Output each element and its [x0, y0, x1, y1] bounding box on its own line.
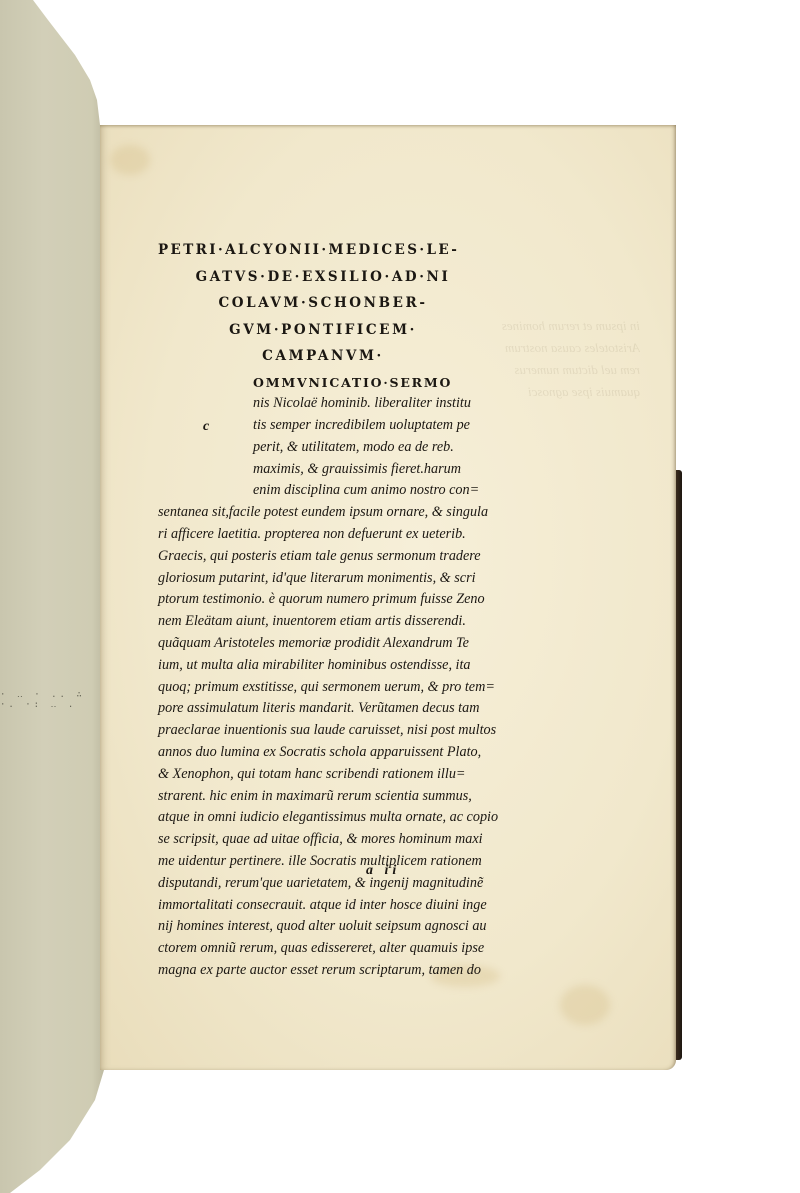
foxing-stain	[110, 145, 150, 175]
text-line: & Xenophon, qui totam hanc scribendi rat…	[158, 764, 488, 786]
body-text: c OMMVNICATIO·SERMO nis Nicolaë hominib.…	[158, 372, 488, 982]
book-photograph: · ‥ · .. ∴ ·. ·: ‥ . in ipsum et rerum h…	[0, 0, 800, 1193]
text-line: quãquam Aristoteles memoriæ prodidit Ale…	[158, 633, 488, 655]
text-line: sentanea sit,facile potest eundem ipsum …	[158, 502, 488, 524]
text-line: magna ex parte auctor esset rerum script…	[158, 960, 488, 982]
text-line: perit, & utilitatem, modo ea de reb.	[158, 437, 488, 459]
text-line: nem Eleätam aiunt, inuentorem etiam arti…	[158, 611, 488, 633]
text-line: Graecis, qui posteris etiam tale genus s…	[158, 546, 488, 568]
text-line: pore assimulatum literis mandarit. Verũt…	[158, 698, 488, 720]
text-line: enim disciplina cum animo nostro con=	[158, 480, 488, 502]
text-line: annos duo lumina ex Socratis schola appa…	[158, 742, 488, 764]
text-line: maximis, & grauissimis fieret.harum	[158, 459, 488, 481]
text-line: nis Nicolaë hominib. liberaliter institu	[158, 393, 488, 415]
text-line: atque in omni iudicio elegantissimus mul…	[158, 807, 488, 829]
title-line: COLAVM·SCHONBER-	[158, 290, 488, 317]
left-facing-page	[0, 0, 108, 1193]
foxing-stain	[560, 985, 610, 1025]
left-page-bleed-through-marks: · ‥ · .. ∴ ·. ·: ‥ .	[0, 690, 100, 720]
book-cover-edge	[676, 470, 682, 1060]
title-line: GATVS·DE·EXSILIO·AD·NI	[158, 264, 488, 291]
text-line: strarent. hic enim in maximarũ rerum sci…	[158, 786, 488, 808]
guide-letter: c	[203, 416, 209, 438]
text-line: ium, ut multa alia mirabiliter hominibus…	[158, 655, 488, 677]
text-line: nij homines interest, quod alter uoluit …	[158, 916, 488, 938]
right-page: in ipsum et rerum homines Aristoteles ca…	[100, 125, 676, 1070]
printed-text-block: PETRI·ALCYONII·MEDICES·LE- GATVS·DE·EXSI…	[158, 237, 488, 982]
text-line: ptorum testimonio. è quorum numero primu…	[158, 589, 488, 611]
opening-line: OMMVNICATIO·SERMO	[158, 372, 488, 394]
text-line: ri afficere laetitia. propterea non defu…	[158, 524, 488, 546]
title-line: GVM·PONTIFICEM·	[158, 317, 488, 344]
title-line: PETRI·ALCYONII·MEDICES·LE-	[158, 237, 488, 264]
text-line: se scripsit, quae ad uitae officia, & mo…	[158, 829, 488, 851]
text-line: ctorem omniũ rerum, quas edissereret, al…	[158, 938, 488, 960]
text-line: quoq; primum exstitisse, qui sermonem ue…	[158, 677, 488, 699]
signature-mark: a ii	[366, 863, 400, 879]
text-line: praeclarae inuentionis sua laude caruiss…	[158, 720, 488, 742]
title-line: CAMPANVM·	[158, 343, 488, 370]
text-line: immortalitati consecrauit. atque id inte…	[158, 895, 488, 917]
text-line: gloriosum putarint, id'que literarum mon…	[158, 568, 488, 590]
text-line: disputandi, rerum'que uarietatem, & inge…	[158, 873, 488, 895]
text-line: me uidentur pertinere. ille Socratis mul…	[158, 851, 488, 873]
